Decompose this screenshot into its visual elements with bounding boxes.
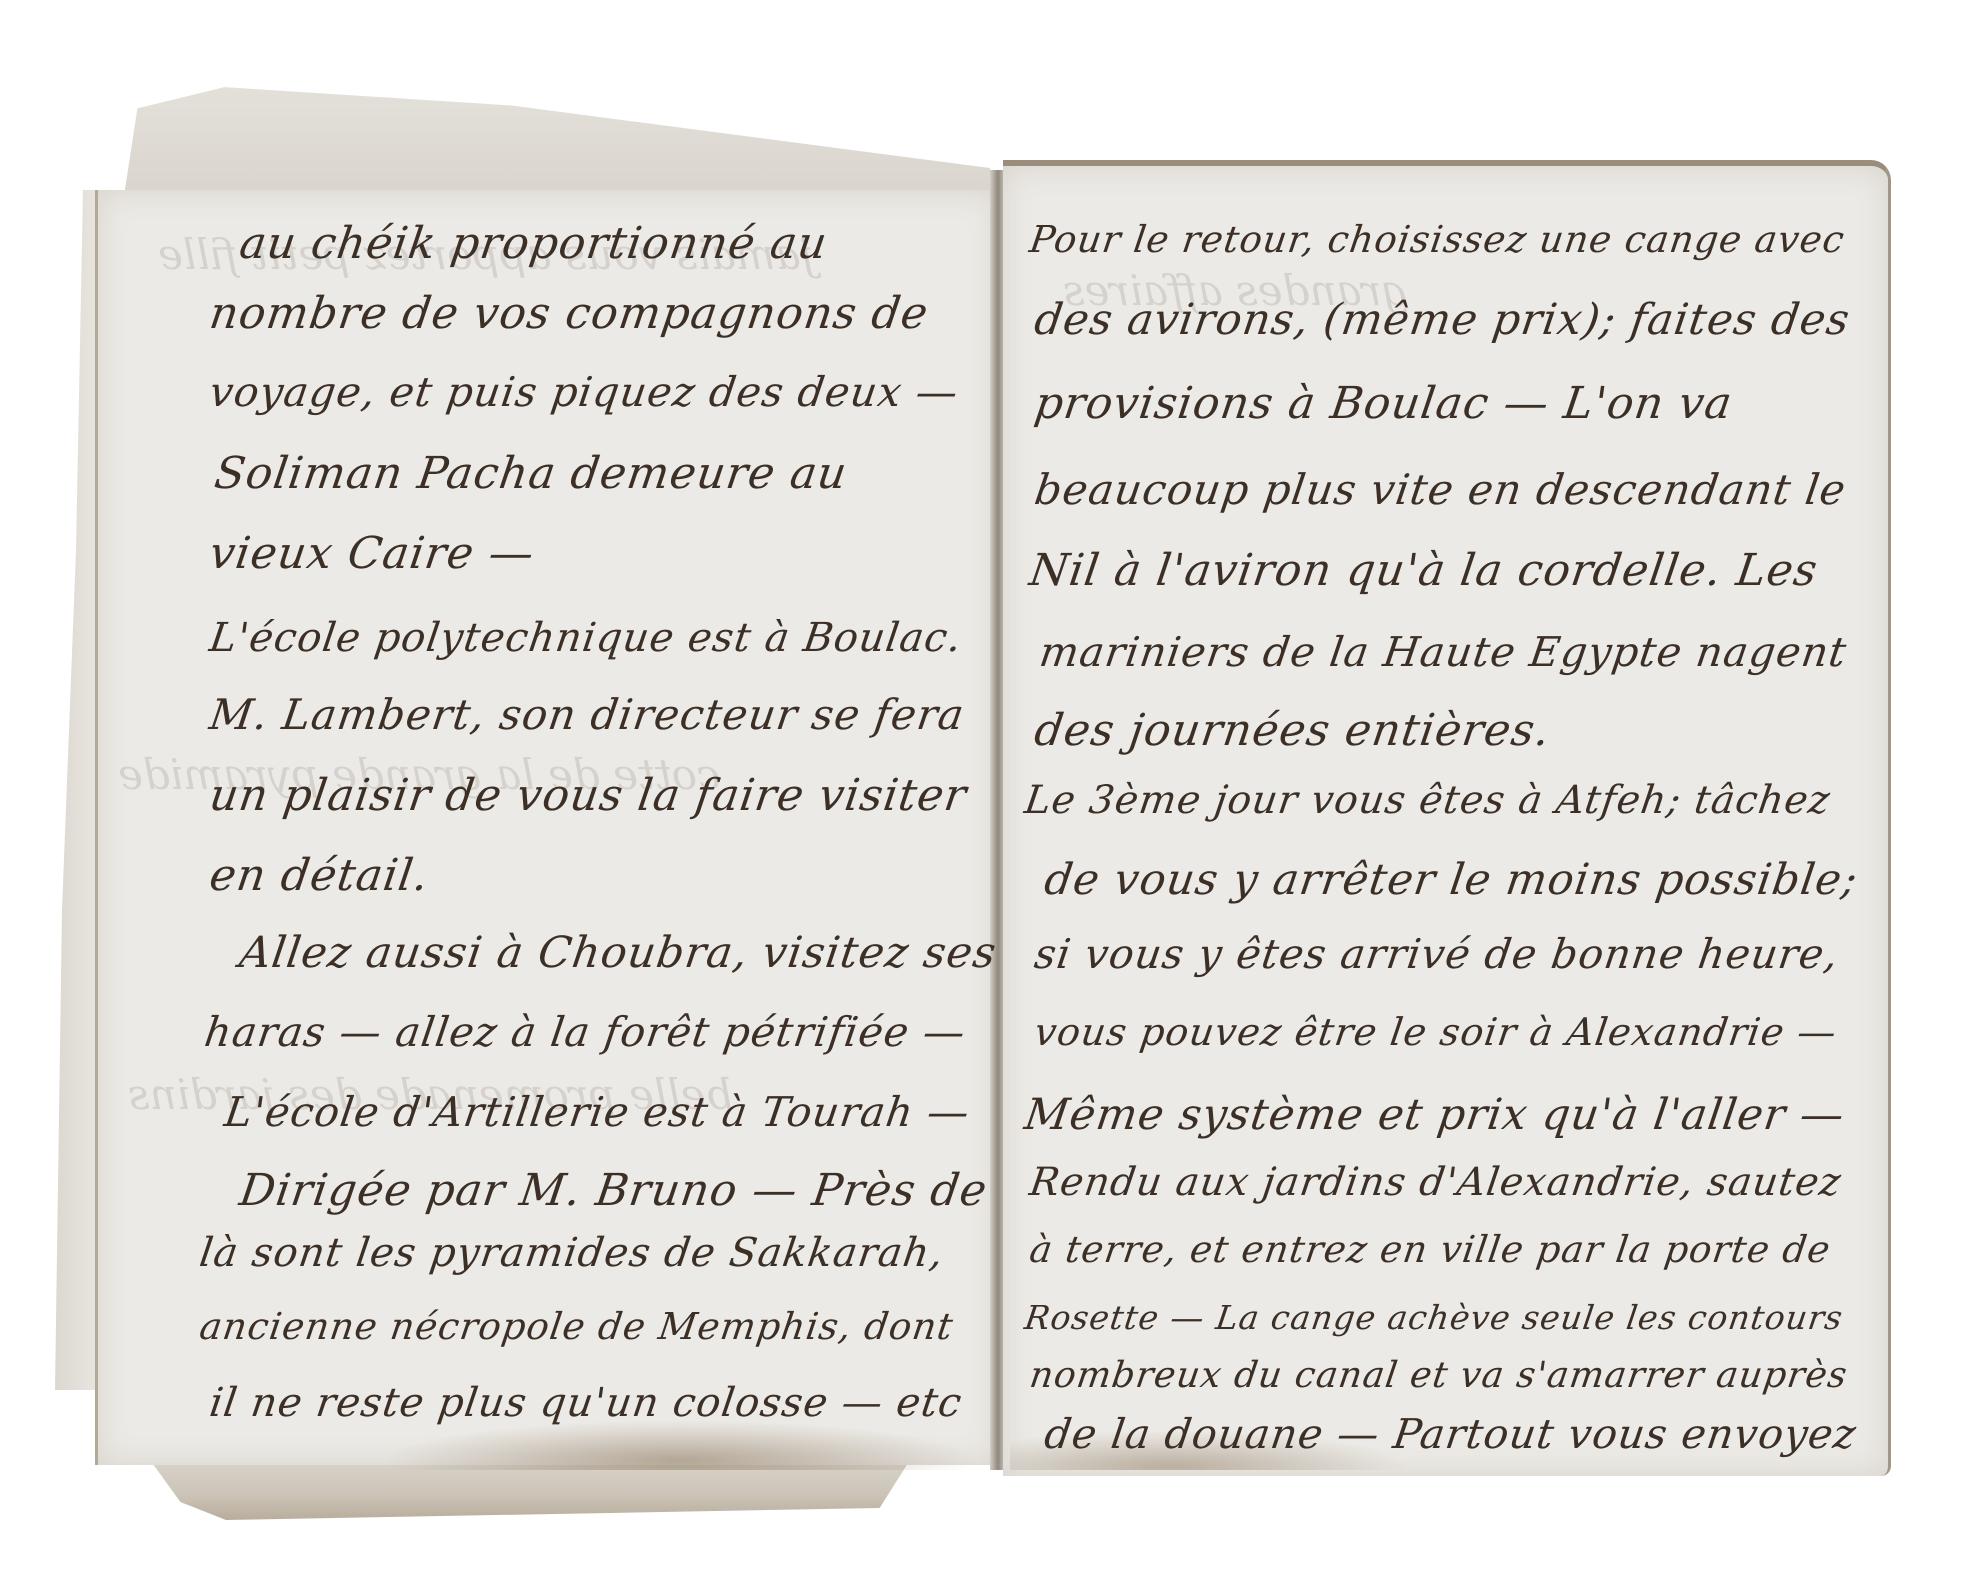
manuscript-line: Soliman Pacha demeure au: [211, 448, 850, 499]
manuscript-line: L'école d'Artillerie est à Tourah —: [222, 1088, 973, 1136]
manuscript-line: Rosette — La cange achève seule les cont…: [1022, 1298, 1845, 1337]
manuscript-line: M. Lambert, son directeur se fera: [207, 690, 968, 739]
manuscript-line: vous pouvez être le soir à Alexandrie —: [1032, 1010, 1840, 1054]
manuscript-line: haras — allez à la forêt pétrifiée —: [202, 1008, 969, 1056]
manuscript-line: L'école polytechnique est à Boulac.: [207, 615, 965, 661]
manuscript-line: nombre de vos compagnons de: [206, 288, 931, 339]
manuscript-line: de vous y arrêter le moins possible;: [1041, 855, 1861, 905]
manuscript-line: un plaisir de vous la faire visiter: [206, 770, 970, 821]
manuscript-line: là sont les pyramides de Sakkarah,: [197, 1230, 947, 1276]
manuscript-line: ancienne nécropole de Memphis, dont: [197, 1305, 956, 1348]
notebook-photo: jamais vous apportez petit fille cotte d…: [0, 0, 1981, 1575]
manuscript-line: Allez aussi à Choubra, visitez ses: [236, 928, 999, 978]
manuscript-line: voyage, et puis piquez des deux —: [207, 368, 962, 416]
manuscript-line: Nil à l'aviron qu'à la cordelle. Les: [1026, 545, 1821, 596]
manuscript-line: beaucoup plus vite en descendant le: [1032, 465, 1850, 514]
manuscript-line: Même système et prix qu'à l'aller —: [1021, 1090, 1847, 1140]
manuscript-line: vieux Caire —: [206, 528, 537, 579]
manuscript-line: mariniers de la Haute Egypte nagent: [1037, 628, 1850, 676]
manuscript-line: Pour le retour, choisissez une cange ave…: [1027, 218, 1848, 261]
manuscript-line: si vous y êtes arrivé de bonne heure,: [1032, 930, 1842, 978]
manuscript-line: des journées entières.: [1031, 705, 1553, 756]
manuscript-line: Dirigée par M. Bruno — Près de: [236, 1165, 990, 1216]
manuscript-line: en détail.: [206, 850, 432, 901]
manuscript-line: provisions à Boulac — L'on va: [1031, 378, 1735, 429]
manuscript-line: à terre, et entrez en ville par la porte…: [1027, 1228, 1834, 1271]
manuscript-line: il ne reste plus qu'un colosse — etc: [207, 1380, 965, 1426]
manuscript-line: Le 3ème jour vous êtes à Atfeh; tâchez: [1022, 778, 1834, 823]
manuscript-line: de la douane — Partout vous envoyez: [1042, 1410, 1860, 1458]
manuscript-line: Rendu aux jardins d'Alexandrie, sautez: [1027, 1160, 1844, 1205]
manuscript-line: nombreux du canal et va s'amarrer auprès: [1027, 1355, 1850, 1396]
manuscript-line: des avirons, (même prix); faites des: [1031, 295, 1853, 345]
manuscript-line: au chéik proportionné au: [236, 218, 830, 269]
water-stain: [380, 1420, 980, 1470]
